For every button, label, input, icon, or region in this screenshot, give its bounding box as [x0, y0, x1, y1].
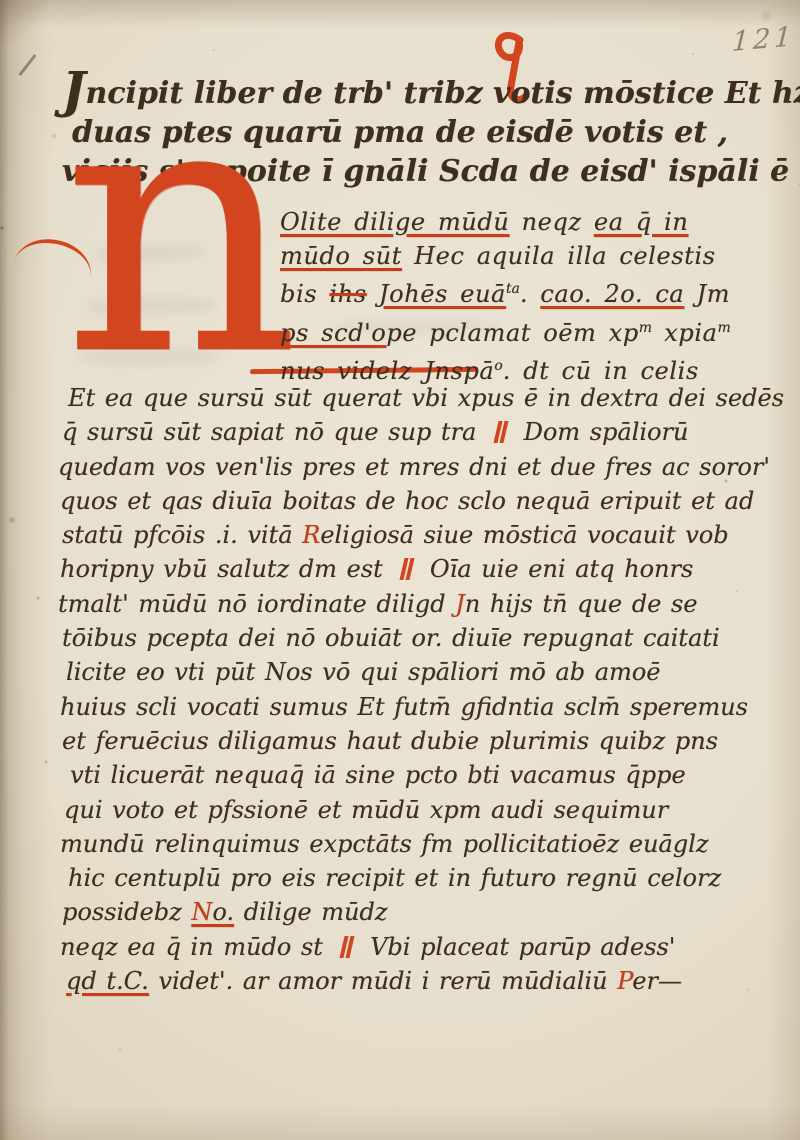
paragraph-mark-icon	[493, 421, 508, 443]
text-segment: dilige mūdz	[234, 898, 387, 926]
text-segment: Hec aquila illa celestis	[402, 242, 716, 270]
text-segment: licite eo vti pūt Nos vō qui spāliori mō…	[66, 658, 660, 686]
text-segment: Jm	[684, 280, 730, 308]
text-segment: hic centuplū pro eis recipit et in futur…	[68, 864, 721, 892]
text-segment: R	[302, 521, 320, 549]
text-line: horipny vbū salutz dm est Oīa uie eni at…	[58, 552, 768, 586]
text-segment: er—	[632, 967, 682, 995]
text-segment: eligiosā siue mōsticā vocauit vob	[320, 521, 728, 549]
text-line: et feruēcius diligamus haut dubie plurim…	[58, 724, 768, 758]
text-segment: neqz	[509, 208, 594, 236]
text-segment: quos et qas diuīa boitas de hoc sclo neq…	[60, 487, 754, 515]
text-line: q̄ sursū sūt sapiat nō que sup tra Dom s…	[58, 415, 768, 449]
text-segment: cao. 2o. ca	[540, 280, 684, 308]
text-segment: Et ea que sursū sūt querat vbi xpus ē in…	[68, 384, 784, 412]
text-segment: m	[717, 320, 730, 336]
text-segment: o	[494, 358, 502, 374]
text-segment: ta	[506, 281, 520, 297]
text-segment: o.	[212, 898, 234, 926]
text-line: mūdo sūt Hec aquila illa celestis	[280, 240, 750, 274]
body-text-block: Et ea que sursū sūt querat vbi xpus ē in…	[58, 381, 768, 998]
text-segment: ihs	[329, 280, 366, 308]
text-segment: quedam vos ven'lis pres et mres dni et d…	[58, 453, 770, 481]
text-segment: Dom spāliorū	[514, 418, 688, 446]
text-line: hic centuplū pro eis recipit et in futur…	[58, 861, 768, 895]
text-segment: vti licuerāt nequaq̄ iā sine pcto bti va…	[70, 761, 686, 789]
text-segment: et feruēcius diligamus haut dubie plurim…	[62, 727, 718, 755]
text-segment: qd t.C.	[66, 967, 149, 995]
text-line: Et ea que sursū sūt querat vbi xpus ē in…	[58, 381, 768, 415]
text-line: qui voto et pfssionē et mūdū xpm audi se…	[58, 793, 768, 827]
text-segment: pe pclamat oēm xp	[386, 319, 638, 347]
paragraph-mark-icon	[400, 558, 415, 580]
wrap-text-block: Olite dilige mūdū neqz ea q̄ inmūdo sūt …	[280, 206, 750, 389]
text-line: tmalt' mūdū nō iordinate diligd Jn hijs …	[58, 587, 768, 621]
text-segment: huius scli vocati sumus Et futm̄ gfidnti…	[60, 693, 748, 721]
text-segment: J	[455, 590, 465, 618]
text-segment: horipny vbū salutz dm est	[60, 555, 392, 583]
text-segment: Johēs euā	[379, 280, 506, 308]
text-line: mundū relinquimus expctāts fm pollicitat…	[58, 827, 768, 861]
manuscript-page: 121 Jncipit liber de trb' tribz votis mō…	[0, 0, 800, 1140]
text-segment: Oīa uie eni atq honrs	[420, 555, 693, 583]
text-segment: ps scd'o	[280, 319, 386, 347]
text-segment: N	[191, 898, 212, 926]
text-line: huius scli vocati sumus Et futm̄ gfidnti…	[58, 690, 768, 724]
text-line: quos et qas diuīa boitas de hoc sclo neq…	[58, 484, 768, 518]
edge-crack	[18, 54, 36, 76]
text-segment: ea q̄ in	[594, 208, 688, 236]
text-segment: mundū relinquimus expctāts fm pollicitat…	[60, 830, 708, 858]
text-line: bis ihs Johēs euāta. cao. 2o. ca Jm	[280, 273, 750, 312]
initial-letter-N: n	[62, 52, 300, 404]
text-line: licite eo vti pūt Nos vō qui spāliori mō…	[58, 655, 768, 689]
text-segment: tōibus pcepta dei nō obuiāt or. diuīe re…	[62, 624, 720, 652]
text-segment: P	[617, 967, 632, 995]
text-segment: m	[639, 320, 652, 336]
text-segment: statū pfcōis .i. vitā	[62, 521, 302, 549]
text-segment: mūdo sūt	[280, 242, 402, 270]
text-line: vti licuerāt nequaq̄ iā sine pcto bti va…	[58, 758, 768, 792]
text-line: qd t.C. videt'. ar amor mūdi i rerū mūdi…	[58, 964, 768, 998]
text-segment: n hijs tn̄ que de se	[465, 590, 698, 618]
text-line: statū pfcōis .i. vitā Religiosā siue mōs…	[58, 518, 768, 552]
text-segment: Olite dilige mūdū	[280, 208, 509, 236]
folio-number: 121	[731, 21, 796, 58]
text-segment	[367, 280, 379, 308]
text-line: Olite dilige mūdū neqz ea q̄ in	[280, 206, 750, 240]
text-line: possidebz No. dilige mūdz	[58, 895, 768, 929]
text-segment: neqz ea q̄ in mūdo st	[60, 933, 332, 961]
text-line: neqz ea q̄ in mūdo st Vbi placeat parūp …	[58, 930, 768, 964]
text-segment: xpia	[652, 319, 718, 347]
text-segment: .	[520, 280, 540, 308]
text-segment: bis	[280, 280, 329, 308]
text-line: tōibus pcepta dei nō obuiāt or. diuīe re…	[58, 621, 768, 655]
text-segment: videt'. ar amor mūdi i rerū mūdialiū	[149, 967, 617, 995]
text-segment: q̄ sursū sūt sapiat nō que sup tra	[62, 418, 486, 446]
paragraph-mark-icon	[340, 936, 355, 958]
text-segment: tmalt' mūdū nō iordinate diligd	[58, 590, 455, 618]
text-line: ps scd'ope pclamat oēm xpm xpiam	[280, 312, 750, 351]
text-line: quedam vos ven'lis pres et mres dni et d…	[58, 450, 768, 484]
text-segment: possidebz	[62, 898, 191, 926]
text-segment: Vbi placeat parūp adess'	[360, 933, 675, 961]
text-segment: qui voto et pfssionē et mūdū xpm audi se…	[64, 796, 668, 824]
